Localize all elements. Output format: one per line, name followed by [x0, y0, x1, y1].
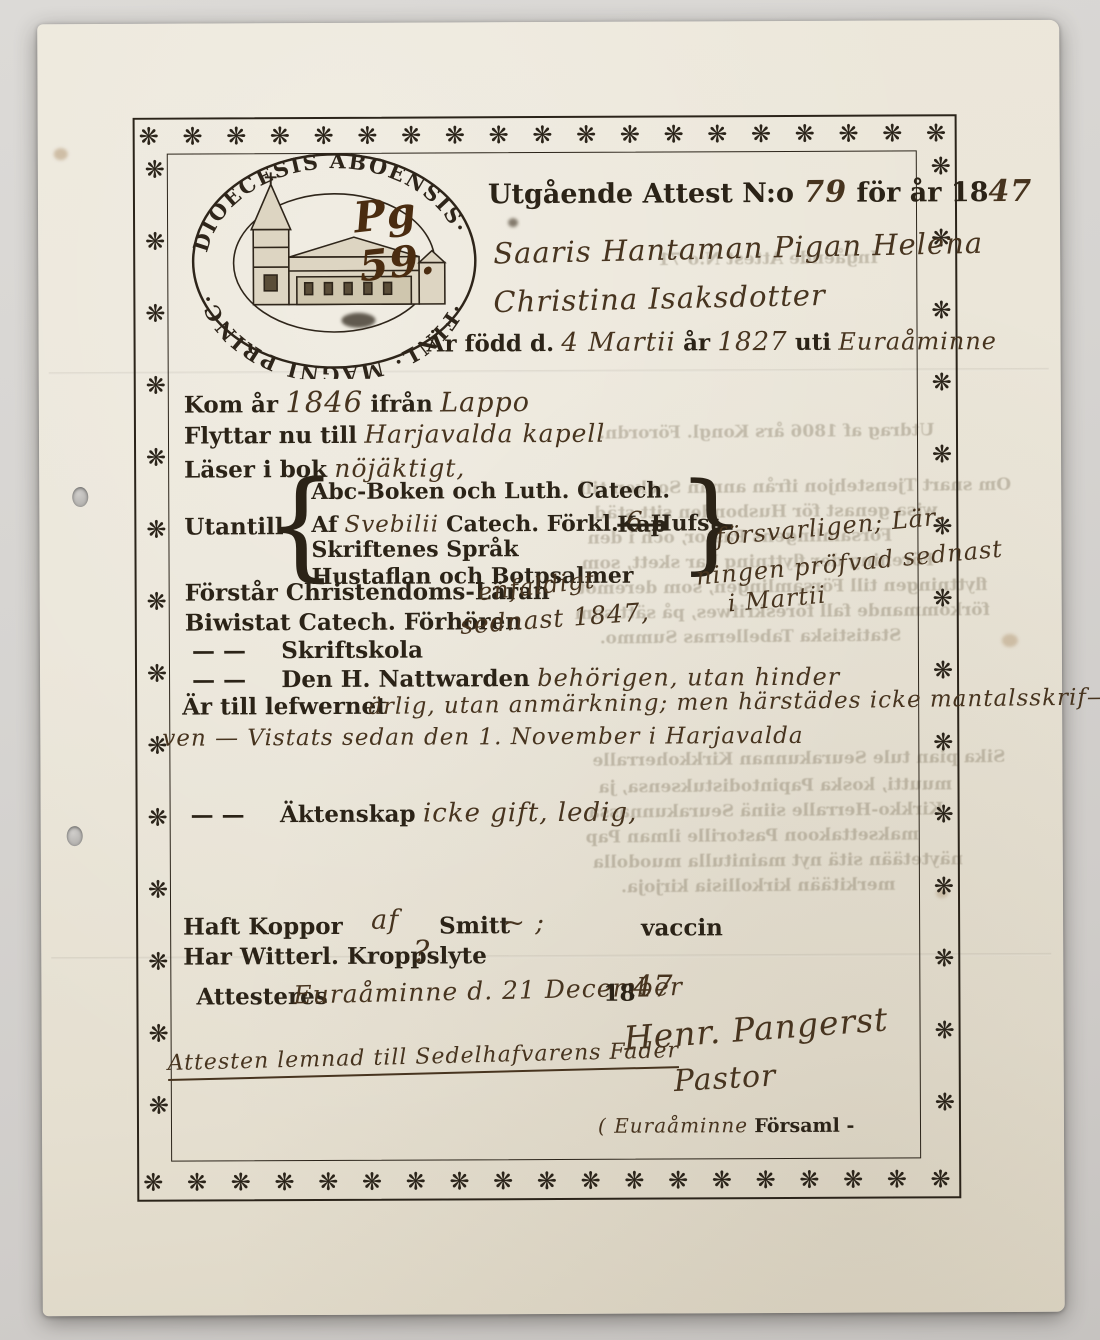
- parish-print: Församl -: [754, 1115, 854, 1137]
- utantill-item2-rest: Catech. Förkl.: [446, 511, 619, 538]
- flyttar-line: Flyttar nu till Harjavalda kapell: [184, 419, 605, 450]
- koppor-label: Haft Koppor: [183, 913, 343, 941]
- punch-hole: [72, 487, 88, 507]
- aktenskap-dashes: — —: [191, 801, 245, 828]
- foxing-spot: [1002, 634, 1018, 647]
- rosette-band-bottom: ❋ ❋ ❋ ❋ ❋ ❋ ❋ ❋ ❋ ❋ ❋ ❋ ❋ ❋ ❋ ❋ ❋ ❋ ❋ ❋ …: [143, 1162, 955, 1200]
- utantill-kap-struck: Kap: [617, 511, 666, 537]
- lefwernet-value2-handwritten: ven — Vistats sedan den 1. November i Ha…: [162, 723, 803, 752]
- kroppslyte-value-handwritten: ?: [413, 935, 430, 970]
- foxing-spot: [54, 148, 68, 160]
- born-label: Är född d.: [427, 330, 555, 358]
- flyttar-label: Flyttar nu till: [184, 422, 357, 450]
- koppor-af-handwritten: af: [371, 905, 399, 936]
- born-line: Är född d. 4 Martii år 1827 uti Euraåmin…: [427, 326, 998, 358]
- utantill-item2-af: Af: [311, 512, 337, 538]
- nattward-dashes: — —: [192, 666, 246, 693]
- koppor-smitt-label: Smitt: [439, 912, 510, 939]
- header-mid: för år 18: [856, 177, 988, 209]
- utantill-item2-handwritten: Svebilii: [344, 511, 439, 537]
- utantill-item3: Skriftenes Språk: [311, 536, 518, 563]
- skriftskola-line: — — Skriftskola: [192, 637, 423, 665]
- person-name-line2: Christina Isaksdotter: [493, 278, 826, 319]
- aktenskap-value-handwritten: icke gift, ledig,: [423, 798, 638, 829]
- aktenskap-label: Äktenskap: [280, 801, 416, 829]
- rosette-band-right: ❋ ❋ ❋ ❋ ❋ ❋ ❋ ❋ ❋ ❋ ❋ ❋ ❋ ❋ ❋ ❋ ❋ ❋ ❋ ❋ …: [921, 152, 959, 1160]
- document-photo: { "stamp": { "ring_text_top": "DIOECESIS…: [0, 0, 1100, 1340]
- kom-place-handwritten: Lappo: [440, 387, 530, 418]
- parish-line: ( Euraåminne Församl -: [598, 1113, 854, 1138]
- skriftskola-dashes: — —: [192, 637, 246, 664]
- header-prefix: Utgående Attest N:o: [488, 178, 794, 210]
- kom-line: Kom år 1846 ifrån Lappo: [184, 384, 530, 420]
- lefwernet-label: Är till lefwernet: [182, 693, 387, 721]
- born-daymonth-handwritten: 4 Martii: [561, 327, 676, 357]
- flyttar-value-handwritten: Harjavalda kapell: [364, 419, 605, 449]
- koppor-vaccin-label: vaccin: [641, 914, 723, 941]
- kom-year-handwritten: 1846: [285, 385, 363, 419]
- signature-title: Pastor: [673, 1058, 777, 1099]
- header-line: Utgående Attest N:o 79 för år 1847: [488, 174, 1032, 211]
- kroppslyte-label: Har Witterl. Kroppslyte: [183, 942, 487, 970]
- nattward-label: Den H. Nattwarden: [281, 665, 530, 693]
- aktenskap-line: — — Äktenskap icke gift, ledig,: [191, 798, 638, 830]
- skriftskola-label: Skriftskola: [281, 637, 423, 665]
- born-ar: år: [683, 329, 710, 356]
- stamp-annotation: Pg 59.: [351, 180, 487, 291]
- koppor-mark-handwritten: ~ ;: [503, 908, 545, 938]
- kom-label: Kom år: [184, 391, 278, 418]
- punch-hole: [67, 826, 83, 846]
- attest-number-handwritten: 79: [803, 175, 847, 210]
- born-year-handwritten: 1827: [717, 327, 787, 357]
- kom-ifran: ifrån: [370, 391, 432, 418]
- attest-year-handwritten: 47: [633, 969, 673, 1004]
- born-place-handwritten: Euraåminne: [838, 327, 997, 356]
- born-uti: uti: [795, 329, 831, 356]
- utantill-item1: Abc-Boken och Luth. Catech.: [311, 477, 670, 505]
- attest-year-print: 18: [603, 980, 635, 1007]
- paper-sheet: Ingående Attest N:o 71 Utdrag af 1806 år…: [37, 20, 1065, 1316]
- parish-handwritten: ( Euraåminne: [598, 1113, 748, 1138]
- attest-year-handwritten: 47: [988, 174, 1032, 209]
